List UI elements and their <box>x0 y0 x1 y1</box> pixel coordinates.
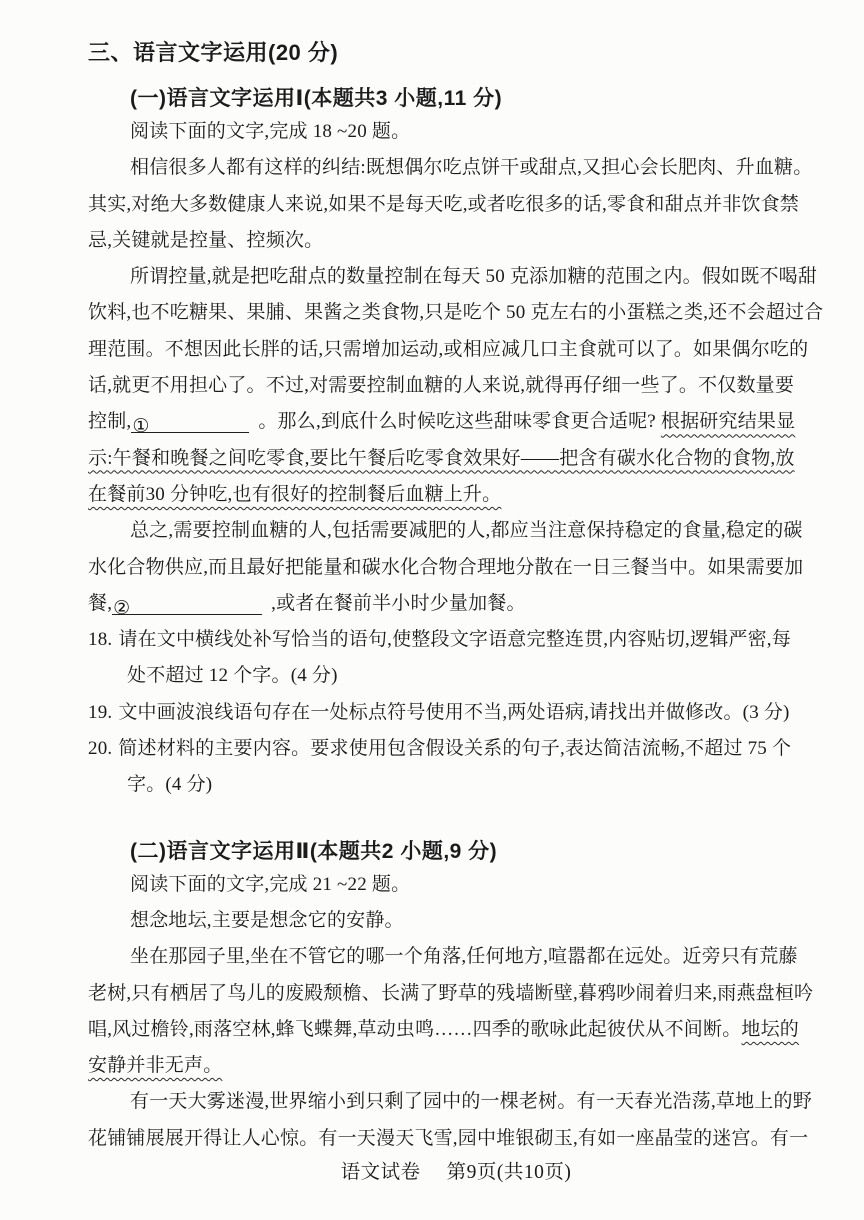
passage2-para2-line3: 唱,风过檐铃,雨落空林,蜂飞蝶舞,草动虫鸣……四季的歌咏此起彼伏从不间断。地坛的 <box>88 1012 824 1048</box>
passage2-para2-line4: 安静并非无声。 <box>88 1048 824 1084</box>
passage2-para2-line1: 坐在那园子里,坐在不管它的哪一个角落,任何地方,喧嚣都在远处。近旁只有荒藤 <box>88 939 824 975</box>
footer-page-number: 第9页(共10页) <box>447 1162 572 1183</box>
passage1-para3-line1: 总之,需要控制血糖的人,包括需要减肥的人,都应当注意保持稳定的食量,稳定的碳 <box>88 513 824 549</box>
passage1-para3-line3: 餐,②,或者在餐前半小时少量加餐。 <box>88 586 824 622</box>
wavy-underlined-text: 地坛的 <box>741 1019 799 1040</box>
part1-intro: 阅读下面的文字,完成 18 ~20 题。 <box>88 114 824 150</box>
answer-blank-1: ① <box>131 409 249 433</box>
passage2-para3-line1: 有一天大雾迷漫,世界缩小到只剩了园中的一棵老树。有一天春光浩荡,草地上的野 <box>88 1084 824 1120</box>
question-19-line1: 19.文中画波浪线语句存在一处标点符号使用不当,两处语病,请找出并做修改。(3 … <box>88 695 824 731</box>
wavy-underlined-text: 安静并非无声。 <box>88 1055 222 1076</box>
passage1-para3-line2: 水化合物供应,而且最好把能量和碳水化合物合理地分散在一日三餐当中。如果需要加 <box>88 550 824 586</box>
passage2-para2-line2: 老树,只有栖居了鸟儿的废殿颓檐、长满了野草的残墙断壁,暮鸦吵闹着归来,雨燕盘桓吟 <box>88 976 824 1012</box>
question-20-line2: 字。(4 分) <box>88 767 824 803</box>
passage1-para1-line2: 其实,对绝大多数健康人来说,如果不是每天吃,或者吃很多的话,零食和甜点并非饮食禁 <box>88 187 824 223</box>
passage2-para1-line1: 想念地坛,主要是想念它的安静。 <box>88 903 824 939</box>
line5-text-before-blank: 控制, <box>88 411 131 432</box>
passage1-para2-line5: 控制,①。那么,到底什么时候吃这些甜味零食更合适呢? 根据研究结果显 <box>88 404 824 440</box>
page-content: 三、语言文字运用(20 分) (一)语言文字运用Ⅰ(本题共3 小题,11 分) … <box>0 0 864 1188</box>
passage1-para1-line1: 相信很多人都有这样的纠结:既想偶尔吃点饼干或甜点,又担心会长肥肉、升血糖。 <box>88 150 824 186</box>
line-text-plain: 唱,风过檐铃,雨落空林,蜂飞蝶舞,草动虫鸣……四季的歌咏此起彼伏从不间断。 <box>88 1019 741 1040</box>
passage2-para3-line2: 花铺铺展展开得让人心惊。有一天漫天飞雪,园中堆银砌玉,有如一座晶莹的迷宫。有一 <box>88 1121 824 1157</box>
question-19-number: 19. <box>88 695 112 731</box>
section-heading: 三、语言文字运用(20 分) <box>88 38 824 68</box>
wavy-underlined-text: 在餐前30 分钟吃,也有很好的控制餐后血糖上升。 <box>88 484 501 505</box>
question-20-line1: 20.简述材料的主要内容。要求使用包含假设关系的句子,表达简洁流畅,不超过 75… <box>88 731 824 767</box>
question-18-text: 请在文中横线处补写恰当的语句,使整段文字语意完整连贯,内容贴切,逻辑严密,每 <box>118 629 791 650</box>
part2-intro: 阅读下面的文字,完成 21 ~22 题。 <box>88 867 824 903</box>
answer-blank-2: ② <box>112 591 262 615</box>
wavy-underlined-text: 示:午餐和晚餐之间吃零食,要比午餐后吃零食效果好——把含有碳水化合物的食物,放 <box>88 448 795 469</box>
question-18-number: 18. <box>88 622 112 658</box>
question-18-line2: 处不超过 12 个字。(4 分) <box>88 658 824 694</box>
passage1-para1-line3: 忌,关键就是控量、控频次。 <box>88 223 824 259</box>
question-20-text: 简述材料的主要内容。要求使用包含假设关系的句子,表达简洁流畅,不超过 75 个 <box>118 738 791 759</box>
passage1-para2-line6: 示:午餐和晚餐之间吃零食,要比午餐后吃零食效果好——把含有碳水化合物的食物,放 <box>88 441 824 477</box>
footer-doc-label: 语文试卷 <box>341 1162 421 1183</box>
passage1-para2-line2: 饮料,也不吃糖果、果脯、果酱之类食物,只是吃个 50 克左右的小蛋糕之类,还不会… <box>88 295 824 331</box>
circled-number-2: ② <box>112 598 130 619</box>
question-18-line1: 18.请在文中横线处补写恰当的语句,使整段文字语意完整连贯,内容贴切,逻辑严密,… <box>88 622 824 658</box>
question-19-text: 文中画波浪线语句存在一处标点符号使用不当,两处语病,请找出并做修改。(3 分) <box>118 702 789 723</box>
part2-heading: (二)语言文字运用Ⅱ(本题共2 小题,9 分) <box>130 837 824 867</box>
line-text-before-blank: 餐, <box>88 593 112 614</box>
wavy-underlined-text: 根据研究结果显 <box>661 411 795 432</box>
exam-paper-page: 三、语言文字运用(20 分) (一)语言文字运用Ⅰ(本题共3 小题,11 分) … <box>0 0 864 1220</box>
passage1-para2-line7: 在餐前30 分钟吃,也有很好的控制餐后血糖上升。 <box>88 477 824 513</box>
circled-number-1: ① <box>131 416 149 437</box>
line-text-after-blank: ,或者在餐前半小时少量加餐。 <box>271 593 526 614</box>
passage1-para2-line3: 理范围。不想因此长胖的话,只需增加运动,或相应减几口主食就可以了。如果偶尔吃的 <box>88 332 824 368</box>
part1-heading: (一)语言文字运用Ⅰ(本题共3 小题,11 分) <box>130 84 824 114</box>
passage1-para2-line1: 所谓控量,就是把吃甜点的数量控制在每天 50 克添加糖的范围之内。假如既不喝甜 <box>88 259 824 295</box>
line5-text-after-blank: 。那么,到底什么时候吃这些甜味零食更合适呢? <box>258 411 661 432</box>
page-footer: 语文试卷第9页(共10页) <box>88 1158 824 1188</box>
passage1-para2-line4: 话,就更不用担心了。不过,对需要控制血糖的人来说,就得再仔细一些了。不仅数量要 <box>88 368 824 404</box>
question-20-number: 20. <box>88 731 112 767</box>
